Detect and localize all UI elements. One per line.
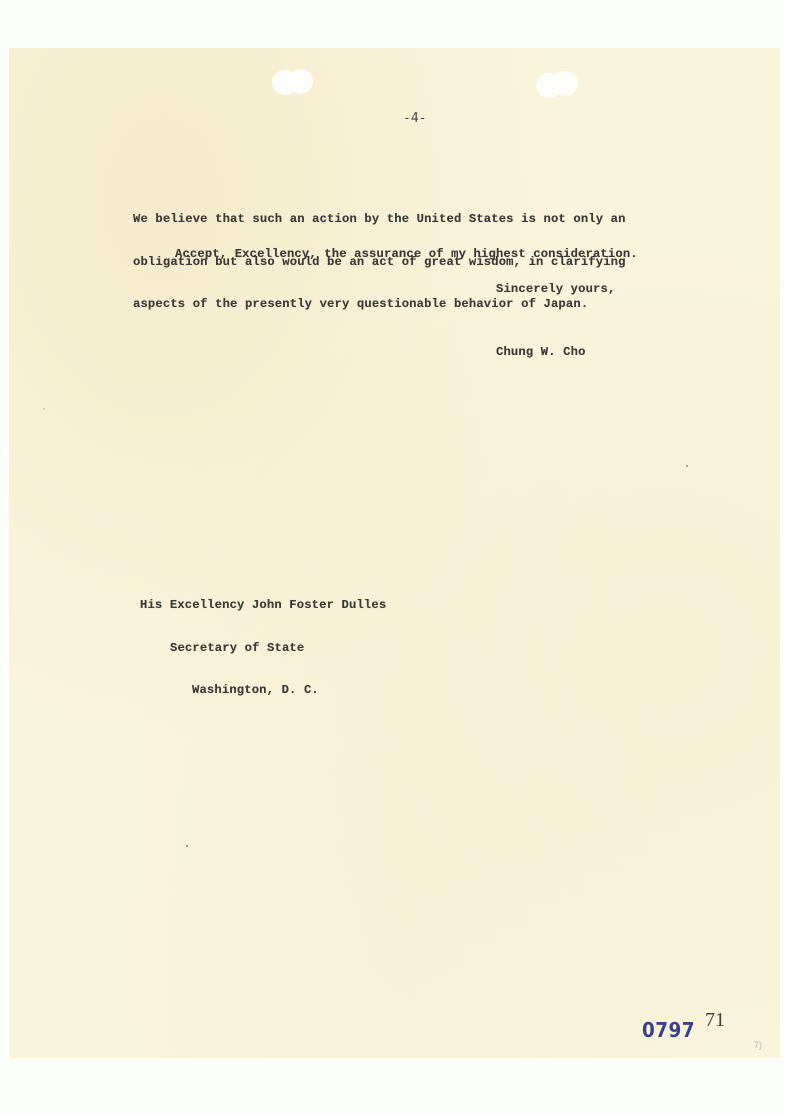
- recipient-name: His Excellency John Foster Dulles: [140, 598, 386, 613]
- recipient-block: His Excellency John Foster Dulles Secret…: [140, 570, 386, 712]
- closing-line: Accept, Excellency, the assurance of my …: [175, 247, 638, 261]
- paper-speck: [186, 845, 188, 847]
- valediction: Sincerely yours,: [496, 282, 615, 296]
- body-line-1: We believe that such an action by the Un…: [133, 212, 626, 227]
- punch-hole-right-overlap: [552, 71, 578, 96]
- page-number: -4-: [403, 111, 426, 126]
- recipient-title: Secretary of State: [140, 641, 386, 656]
- pencil-mark: 7): [754, 1040, 762, 1050]
- archive-stamp-number: 0797: [642, 1018, 695, 1042]
- paper-speck: [686, 465, 688, 467]
- punch-hole-left-overlap: [288, 69, 313, 94]
- signature-name: Chung W. Cho: [496, 345, 586, 359]
- folio-number: 71: [705, 1009, 725, 1032]
- paper-speck: [43, 408, 45, 410]
- body-line-3: aspects of the presently very questionab…: [133, 297, 626, 312]
- recipient-location: Washington, D. C.: [140, 683, 386, 698]
